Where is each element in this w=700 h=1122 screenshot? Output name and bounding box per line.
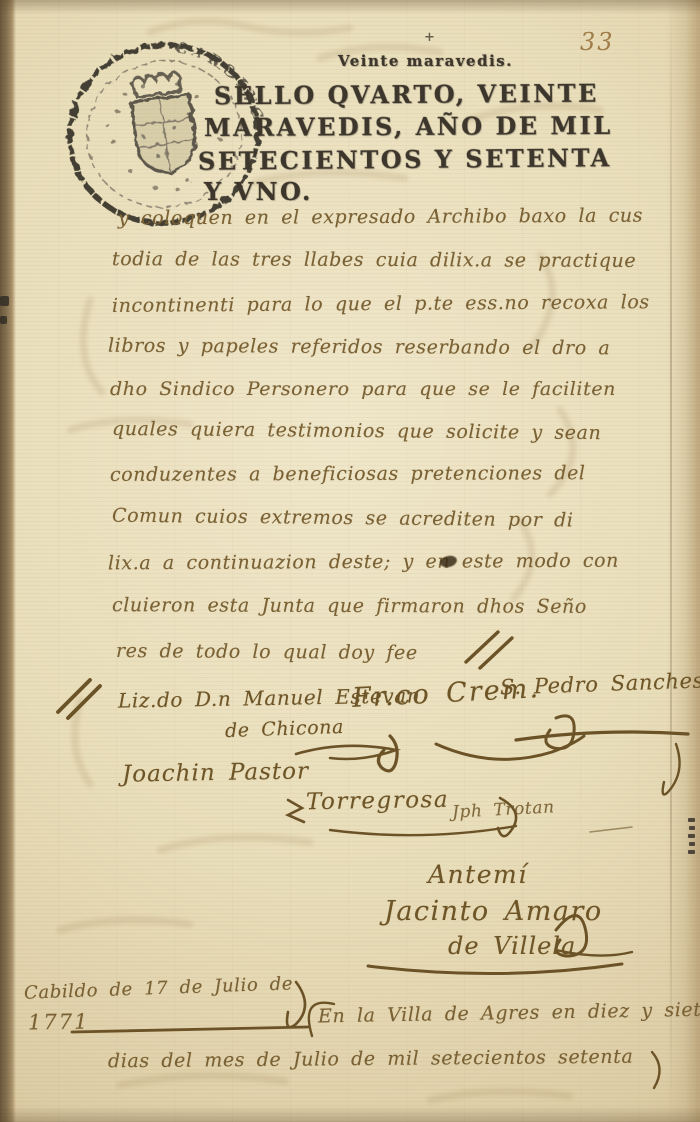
- page-crease: [670, 0, 672, 1122]
- signature-antemi-line-3: de Villela: [448, 932, 576, 960]
- signature-licenciado-line-2: de Chicona: [225, 716, 345, 742]
- signature-jph: Jph Trotan: [452, 797, 556, 822]
- closing-line-2: dias del mes de Julio de mil setecientos…: [108, 1046, 634, 1073]
- book-binding-edge: [0, 0, 16, 1122]
- page-number: 33: [580, 28, 615, 56]
- body-line-11: res de todo lo qual doy fee: [116, 640, 418, 664]
- body-line-2: todia de las tres llabes cuia dilix.a se…: [112, 248, 636, 272]
- body-line-5: dho Sindico Personero para que se le fac…: [110, 378, 616, 400]
- body-line-4: libros y papeles referidos reserbando el…: [108, 335, 610, 360]
- signature-joachin-pastor: Joachin Pastor: [122, 758, 309, 787]
- body-line-1: y coloquen en el expresado Archibo baxo …: [118, 205, 643, 230]
- plate-line-4: Y VNO.: [204, 177, 313, 206]
- body-line-10: cluieron esta Junta que firmaron dhos Se…: [112, 594, 587, 618]
- body-line-9: lix.a a continuazion deste; y en este mo…: [108, 550, 619, 575]
- margin-note-line-1: Cabildo de 17 de Julio de: [24, 973, 294, 1003]
- signature-torregrosa: Torregrosa: [306, 787, 450, 815]
- signature-antemi-line-1: Antemí: [428, 860, 528, 889]
- plate-line-2: MARAVEDIS, AÑO DE MIL: [204, 111, 613, 142]
- margin-note-year: 1771: [28, 1009, 90, 1034]
- plate-line-1: SELLO QVARTO, VEINTE: [214, 79, 599, 111]
- closing-line-1: En la Villa de Agres en diez y siete: [318, 999, 700, 1028]
- body-line-6: quales quiera testimonios que solicite y…: [112, 418, 602, 444]
- page-shadow-bottom: [0, 1106, 700, 1122]
- body-line-7: conduzentes a beneficiosas pretenciones …: [110, 462, 586, 486]
- page-shadow-top: [0, 0, 700, 14]
- manuscript-page-scan: CAROLVS + Veinte maravedis. 33 SELLO QVA…: [0, 0, 700, 1122]
- tax-denomination-line: Veinte maravedis.: [338, 52, 513, 70]
- body-line-3: incontinenti para lo que el p.te ess.no …: [112, 291, 650, 317]
- cross-mark: +: [424, 30, 435, 45]
- plate-line-3: SETECIENTOS Y SETENTA: [198, 143, 612, 176]
- body-line-8: Comun cuios extremos se acrediten por di: [112, 505, 574, 532]
- signature-antemi-line-2: Jacinto Amaro: [384, 896, 603, 927]
